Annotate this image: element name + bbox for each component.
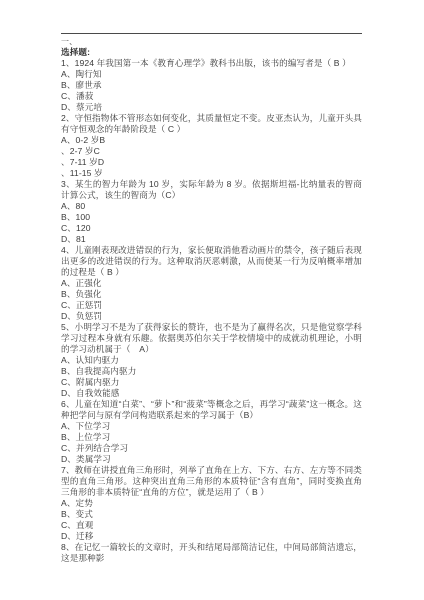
question-option: C、直观	[61, 520, 362, 531]
question-option: B、廖世承	[61, 80, 362, 91]
question-option: B、负强化	[61, 289, 362, 300]
document-page: 一、 选择题: 1、1924 年我国第一本《教育心理学》教科书出版，该书的编写者…	[61, 33, 362, 564]
question-option: B、上位学习	[61, 432, 362, 443]
question-block-7: 7、教师在讲授直角三角形时，列举了直角在上方、下方、右方、左方等不同类型的直角三…	[61, 465, 362, 542]
question-option: A、80	[61, 201, 362, 212]
question-option: D、类属学习	[61, 454, 362, 465]
question-block-1: 1、1924 年我国第一本《教育心理学》教科书出版，该书的编写者是（ B ） A…	[61, 58, 362, 113]
question-block-5: 5、小明学习不是为了获得家长的赞许，也不是为了赢得名次，只是他觉察学科学习过程本…	[61, 322, 362, 399]
question-option: D、迁移	[61, 531, 362, 542]
question-option: C、120	[61, 223, 362, 234]
question-option: 、2-7 岁C	[61, 146, 362, 157]
question-option: A、0-2 岁B	[61, 135, 362, 146]
question-option: A、下位学习	[61, 421, 362, 432]
question-block-8: 8、在记忆一篇较长的文章时，开头和结尾局部简洁记住，中间局部简洁遗忘，这是那种影	[61, 542, 362, 564]
question-option: C、并列结合学习	[61, 443, 362, 454]
question-option: A、定势	[61, 498, 362, 509]
question-stem: 6、儿童在知道“白菜”、“萝卜”和“菠菜”等概念之后，再学习“蔬菜”这一概念。这…	[61, 399, 362, 421]
question-option: B、自我提高内驱力	[61, 366, 362, 377]
question-stem: 4、儿童刚表现改进错误的行为，家长便取消他看动画片的禁令，孩子随后表现出更多的改…	[61, 245, 362, 278]
question-option: A、认知内驱力	[61, 355, 362, 366]
question-stem: 7、教师在讲授直角三角形时，列举了直角在上方、下方、右方、左方等不同类型的直角三…	[61, 465, 362, 498]
question-option: C、附属内驱力	[61, 377, 362, 388]
question-stem: 1、1924 年我国第一本《教育心理学》教科书出版，该书的编写者是（ B ）	[61, 58, 362, 69]
question-option: D、自我效能感	[61, 388, 362, 399]
question-block-2: 2、守恒指物体不管形态如何变化，其质量恒定不变。皮亚杰认为，儿童开头具有守恒观念…	[61, 113, 362, 179]
question-option: C、正惩罚	[61, 300, 362, 311]
question-option: 、11-15 岁	[61, 168, 362, 179]
question-block-3: 3、某生的智力年龄为 10 岁，实际年龄为 8 岁。依据斯坦福-比纳量表的智商计…	[61, 179, 362, 245]
question-option: 、7-11 岁D	[61, 157, 362, 168]
question-stem: 5、小明学习不是为了获得家长的赞许，也不是为了赢得名次，只是他觉察学科学习过程本…	[61, 322, 362, 355]
question-stem: 2、守恒指物体不管形态如何变化，其质量恒定不变。皮亚杰认为，儿童开头具有守恒观念…	[61, 113, 362, 135]
question-option: A、陶行知	[61, 69, 362, 80]
section-marker: 一、	[61, 36, 362, 47]
question-block-4: 4、儿童刚表现改进错误的行为，家长便取消他看动画片的禁令，孩子随后表现出更多的改…	[61, 245, 362, 322]
question-option: C、潘菽	[61, 91, 362, 102]
question-block-6: 6、儿童在知道“白菜”、“萝卜”和“菠菜”等概念之后，再学习“蔬菜”这一概念。这…	[61, 399, 362, 465]
question-option: A、正强化	[61, 278, 362, 289]
question-option: D、蔡元培	[61, 102, 362, 113]
question-stem: 8、在记忆一篇较长的文章时，开头和结尾局部简洁记住，中间局部简洁遗忘，这是那种影	[61, 542, 362, 564]
question-option: B、100	[61, 212, 362, 223]
question-option: B、变式	[61, 509, 362, 520]
question-stem: 3、某生的智力年龄为 10 岁，实际年龄为 8 岁。依据斯坦福-比纳量表的智商计…	[61, 179, 362, 201]
section-title: 选择题:	[61, 47, 362, 58]
top-divider	[61, 33, 362, 34]
question-option: D、负惩罚	[61, 311, 362, 322]
question-option: D、81	[61, 234, 362, 245]
